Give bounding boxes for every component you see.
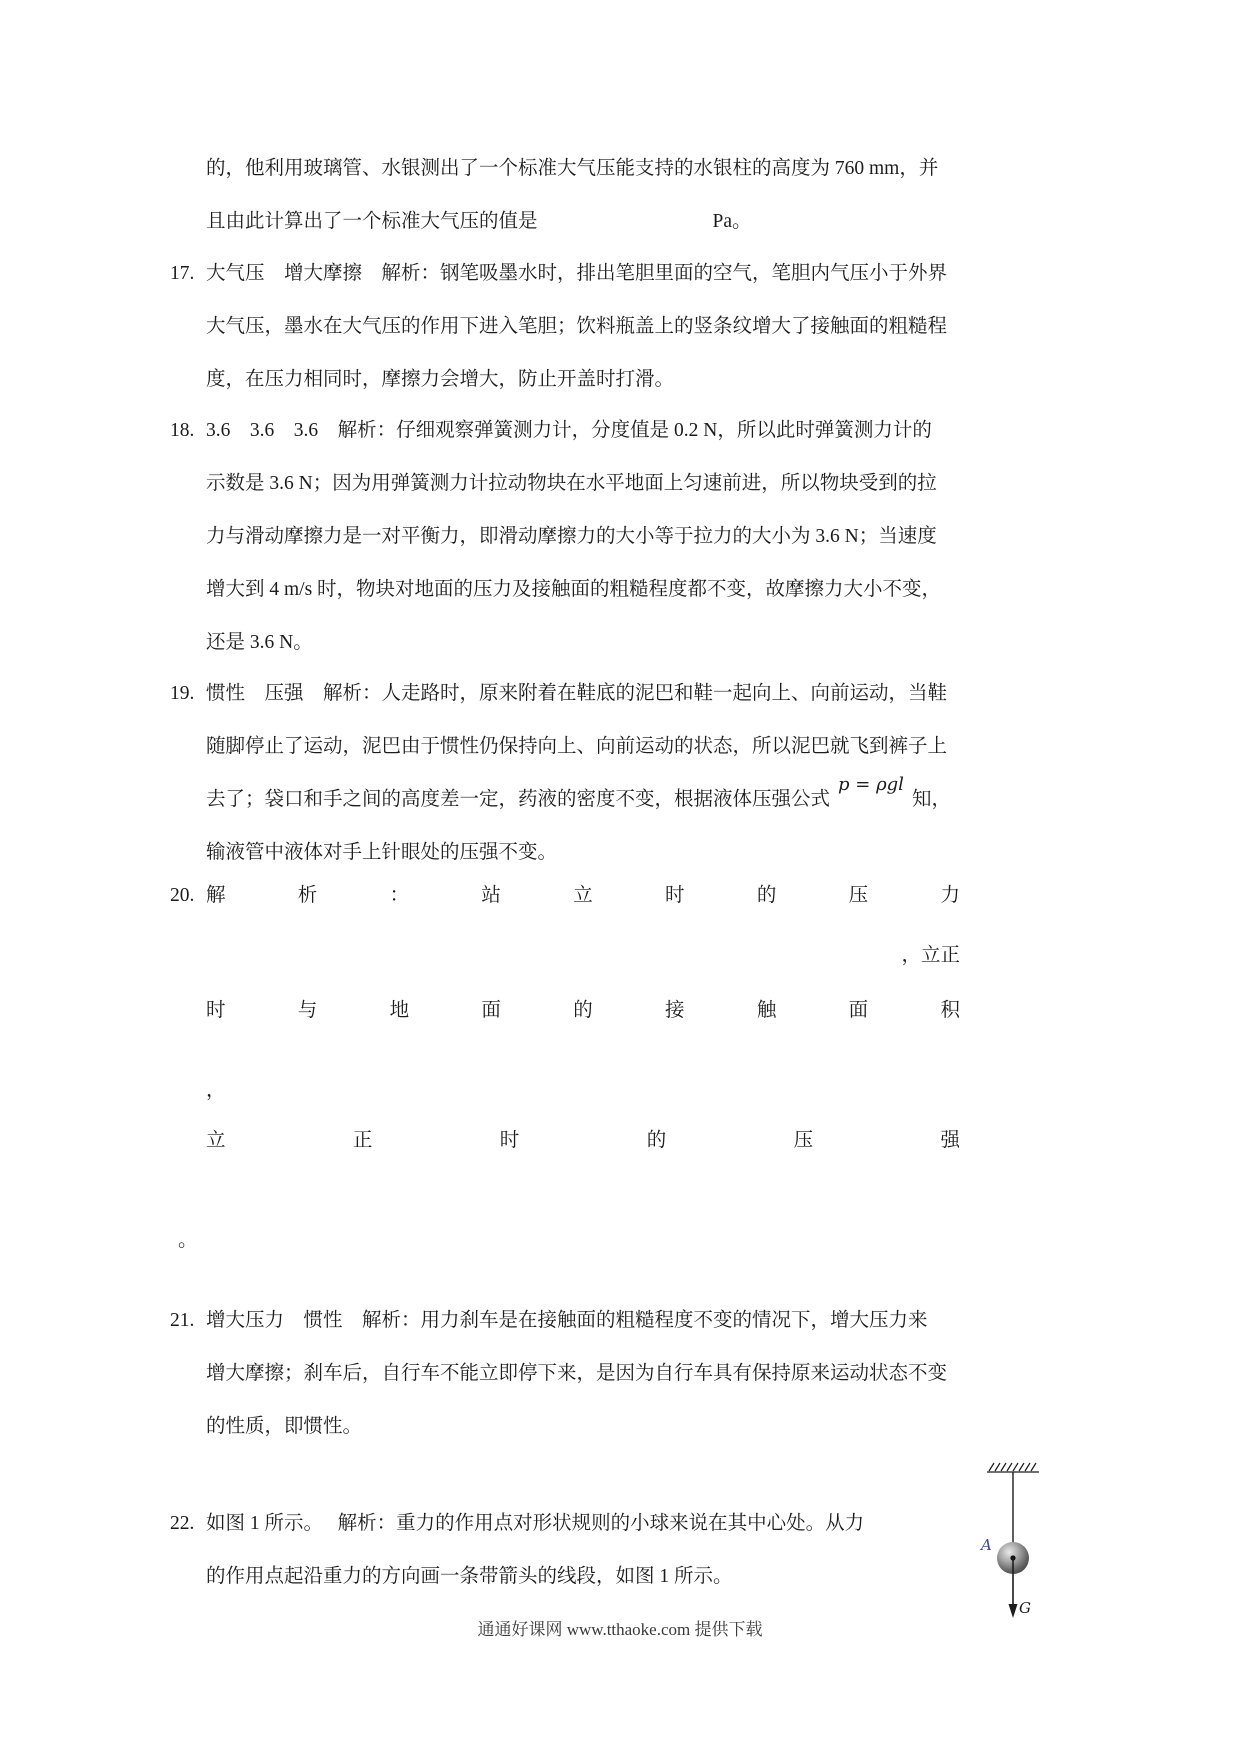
ceiling-hatch — [987, 1463, 1039, 1472]
point-label-A: A — [979, 1536, 992, 1554]
text-line: 度，在压力相同时，摩擦力会增大，防止开盖时打滑。 — [206, 353, 960, 406]
text-line-with-formula: 去了；袋口和手之间的高度差一定，药液的密度不变，根据液体压强公式p = ρgl知… — [206, 773, 960, 826]
intro-line-2-unit: Pa。 — [713, 211, 752, 232]
hanging-ball-diagram: A G — [975, 1458, 1060, 1623]
answer-item-17: 17. 大气压 增大摩擦 解析：钢笔吸墨水时，排出笔胆里面的空气，笔胆内气压小于… — [170, 247, 960, 406]
answer-item-19: 19. 惯性 压强 解析：人走路时，原来附着在鞋底的泥巴和鞋一起向上、向前运动，… — [170, 667, 960, 879]
spread-line: 立 正 时 的 压 强 — [206, 1114, 960, 1167]
right-line: ，立正 — [206, 929, 960, 982]
answer-item-21: 21. 增大压力 惯性 解析：用力刹车是在接触面的粗糙程度不变的情况下，增大压力… — [170, 1294, 960, 1453]
intro-line-1: 的，他利用玻璃管、水银测出了一个标准大气压能支持的水银柱的高度为 760 mm，… — [206, 142, 960, 195]
text-line: 的作用点起沿重力的方向画一条带箭头的线段，如图 1 所示。 — [206, 1550, 960, 1603]
intro-line-2: 且由此计算出了一个标准大气压的值是Pa。 — [206, 195, 960, 248]
text-line: 3.6 3.6 3.6 解析：仔细观察弹簧测力计，分度值是 0.2 N，所以此时… — [206, 404, 960, 457]
text-line: 如图 1 所示。 解析：重力的作用点对形状规则的小球来说在其中心处。从力 — [206, 1497, 960, 1550]
item-number: 21. — [170, 1294, 206, 1347]
text-line: 惯性 压强 解析：人走路时，原来附着在鞋底的泥巴和鞋一起向上、向前运动，当鞋 — [206, 667, 960, 720]
item-number: 17. — [170, 247, 206, 300]
text-line: 还是 3.6 N。 — [206, 616, 960, 669]
text-line: ， — [206, 1064, 960, 1117]
item-number: 18. — [170, 404, 206, 457]
text-line: 增大到 4 m/s 时，物块对地面的压力及接触面的粗糙程度都不变，故摩擦力大小不… — [206, 563, 960, 616]
answer-item-18: 18. 3.6 3.6 3.6 解析：仔细观察弹簧测力计，分度值是 0.2 N，… — [170, 404, 960, 669]
text-line: 示数是 3.6 N；因为用弹簧测力计拉动物块在水平地面上匀速前进，所以物块受到的… — [206, 457, 960, 510]
figure-1-hanging-ball: A G — [975, 1458, 1060, 1623]
spread-line: 解 析 ： 站 立 时 的 压 力 — [206, 869, 960, 922]
document-page: 的，他利用玻璃管、水银测出了一个标准大气压能支持的水银柱的高度为 760 mm，… — [0, 0, 1240, 1754]
pressure-formula: p = ρgl — [838, 758, 904, 811]
spread-line: 时 与 地 面 的 接 触 面 积 — [206, 984, 960, 1037]
answer-item-20: 20. 解 析 ： 站 立 时 的 压 力 ，立正 时 与 地 面 的 接 触 … — [170, 869, 960, 1269]
intro-line-2-text: 且由此计算出了一个标准大气压的值是 — [206, 211, 538, 232]
item-number: 22. — [170, 1497, 206, 1550]
text-line: 力与滑动摩擦力是一对平衡力，即滑动摩擦力的大小等于拉力的大小为 3.6 N；当速… — [206, 510, 960, 563]
text-line: 。 — [178, 1214, 960, 1267]
text-before-formula: 去了；袋口和手之间的高度差一定，药液的密度不变，根据液体压强公式 — [206, 789, 830, 810]
intro-paragraph: 的，他利用玻璃管、水银测出了一个标准大气压能支持的水银柱的高度为 760 mm，… — [206, 142, 960, 248]
text-line: 的性质，即惯性。 — [206, 1400, 960, 1453]
answer-item-22: 22. 如图 1 所示。 解析：重力的作用点对形状规则的小球来说在其中心处。从力… — [170, 1497, 960, 1603]
footer-watermark: 通通好课网 www.tthaoke.com 提供下载 — [0, 1615, 1240, 1645]
item-number: 19. — [170, 667, 206, 720]
text-after-formula: 知， — [912, 789, 951, 810]
text-line: 大气压，墨水在大气压的作用下进入笔胆；饮料瓶盖上的竖条纹增大了接触面的粗糙程 — [206, 300, 960, 353]
text-line: 增大压力 惯性 解析：用力刹车是在接触面的粗糙程度不变的情况下，增大压力来 — [206, 1294, 960, 1347]
item-number: 20. — [170, 869, 206, 922]
text-line: 大气压 增大摩擦 解析：钢笔吸墨水时，排出笔胆里面的空气，笔胆内气压小于外界 — [206, 247, 960, 300]
text-line: 增大摩擦；刹车后，自行车不能立即停下来，是因为自行车具有保持原来运动状态不变 — [206, 1347, 960, 1400]
